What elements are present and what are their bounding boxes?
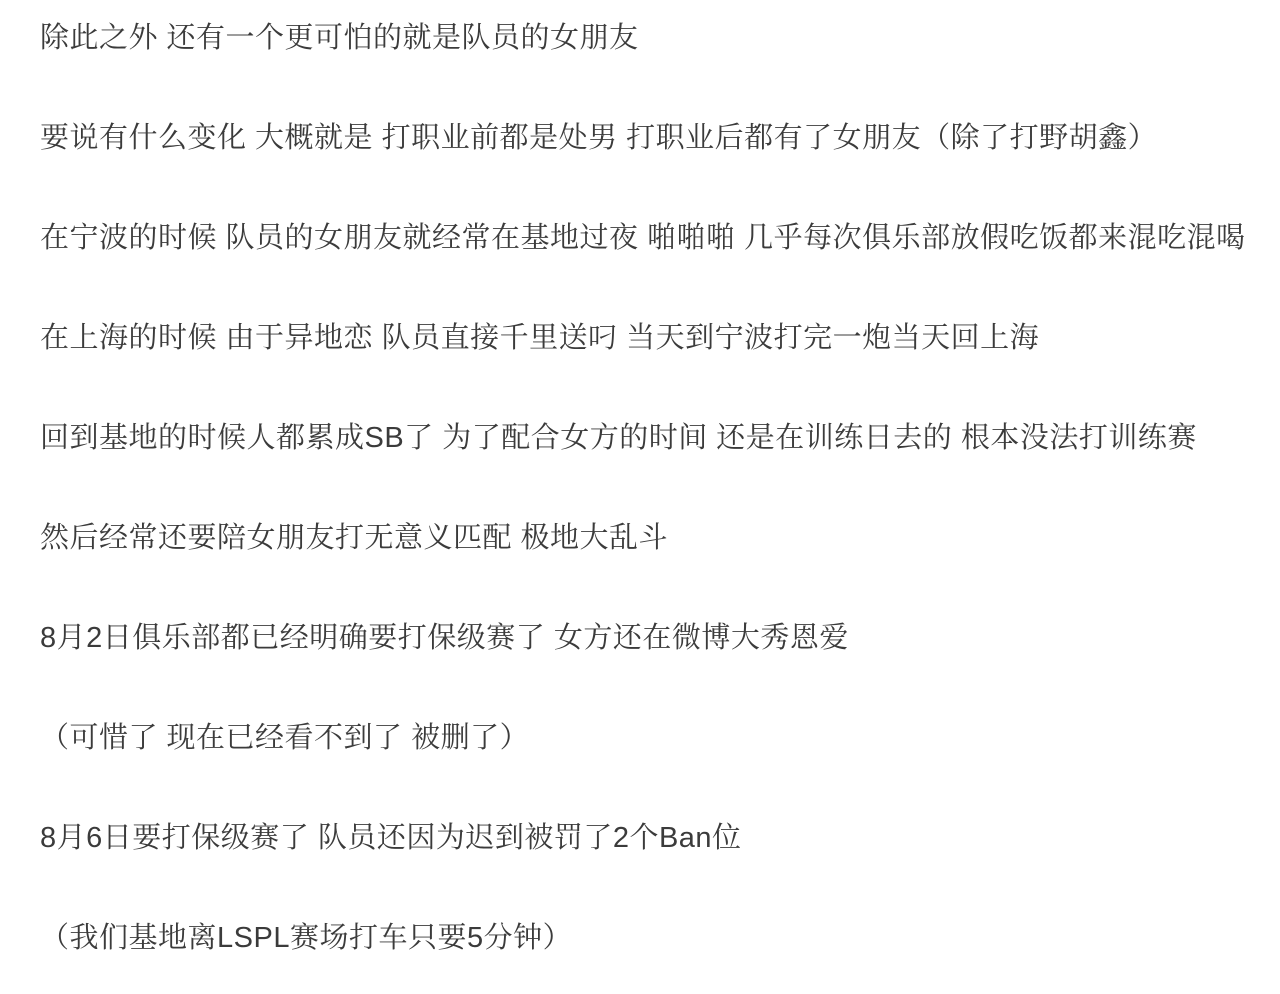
paragraph: 在上海的时候 由于异地恋 队员直接千里送叼 当天到宁波打完一炮当天回上海: [40, 321, 1260, 355]
paragraph: （可惜了 现在已经看不到了 被删了）: [40, 721, 1260, 755]
paragraph: 回到基地的时候人都累成SB了 为了配合女方的时间 还是在训练日去的 根本没法打训…: [40, 421, 1260, 455]
article-body: 除此之外 还有一个更可怕的就是队员的女朋友 要说有什么变化 大概就是 打职业前都…: [0, 0, 1280, 994]
paragraph: 在宁波的时候 队员的女朋友就经常在基地过夜 啪啪啪 几乎每次俱乐部放假吃饭都来混…: [40, 221, 1260, 255]
paragraph: 除此之外 还有一个更可怕的就是队员的女朋友: [40, 21, 1260, 55]
paragraph: 8月2日俱乐部都已经明确要打保级赛了 女方还在微博大秀恩爱: [40, 621, 1260, 655]
paragraph: 8月6日要打保级赛了 队员还因为迟到被罚了2个Ban位: [40, 821, 1260, 855]
paragraph: 然后经常还要陪女朋友打无意义匹配 极地大乱斗: [40, 521, 1260, 555]
paragraph: 要说有什么变化 大概就是 打职业前都是处男 打职业后都有了女朋友（除了打野胡鑫）: [40, 121, 1260, 155]
paragraph: （我们基地离LSPL赛场打车只要5分钟）: [40, 921, 1260, 955]
